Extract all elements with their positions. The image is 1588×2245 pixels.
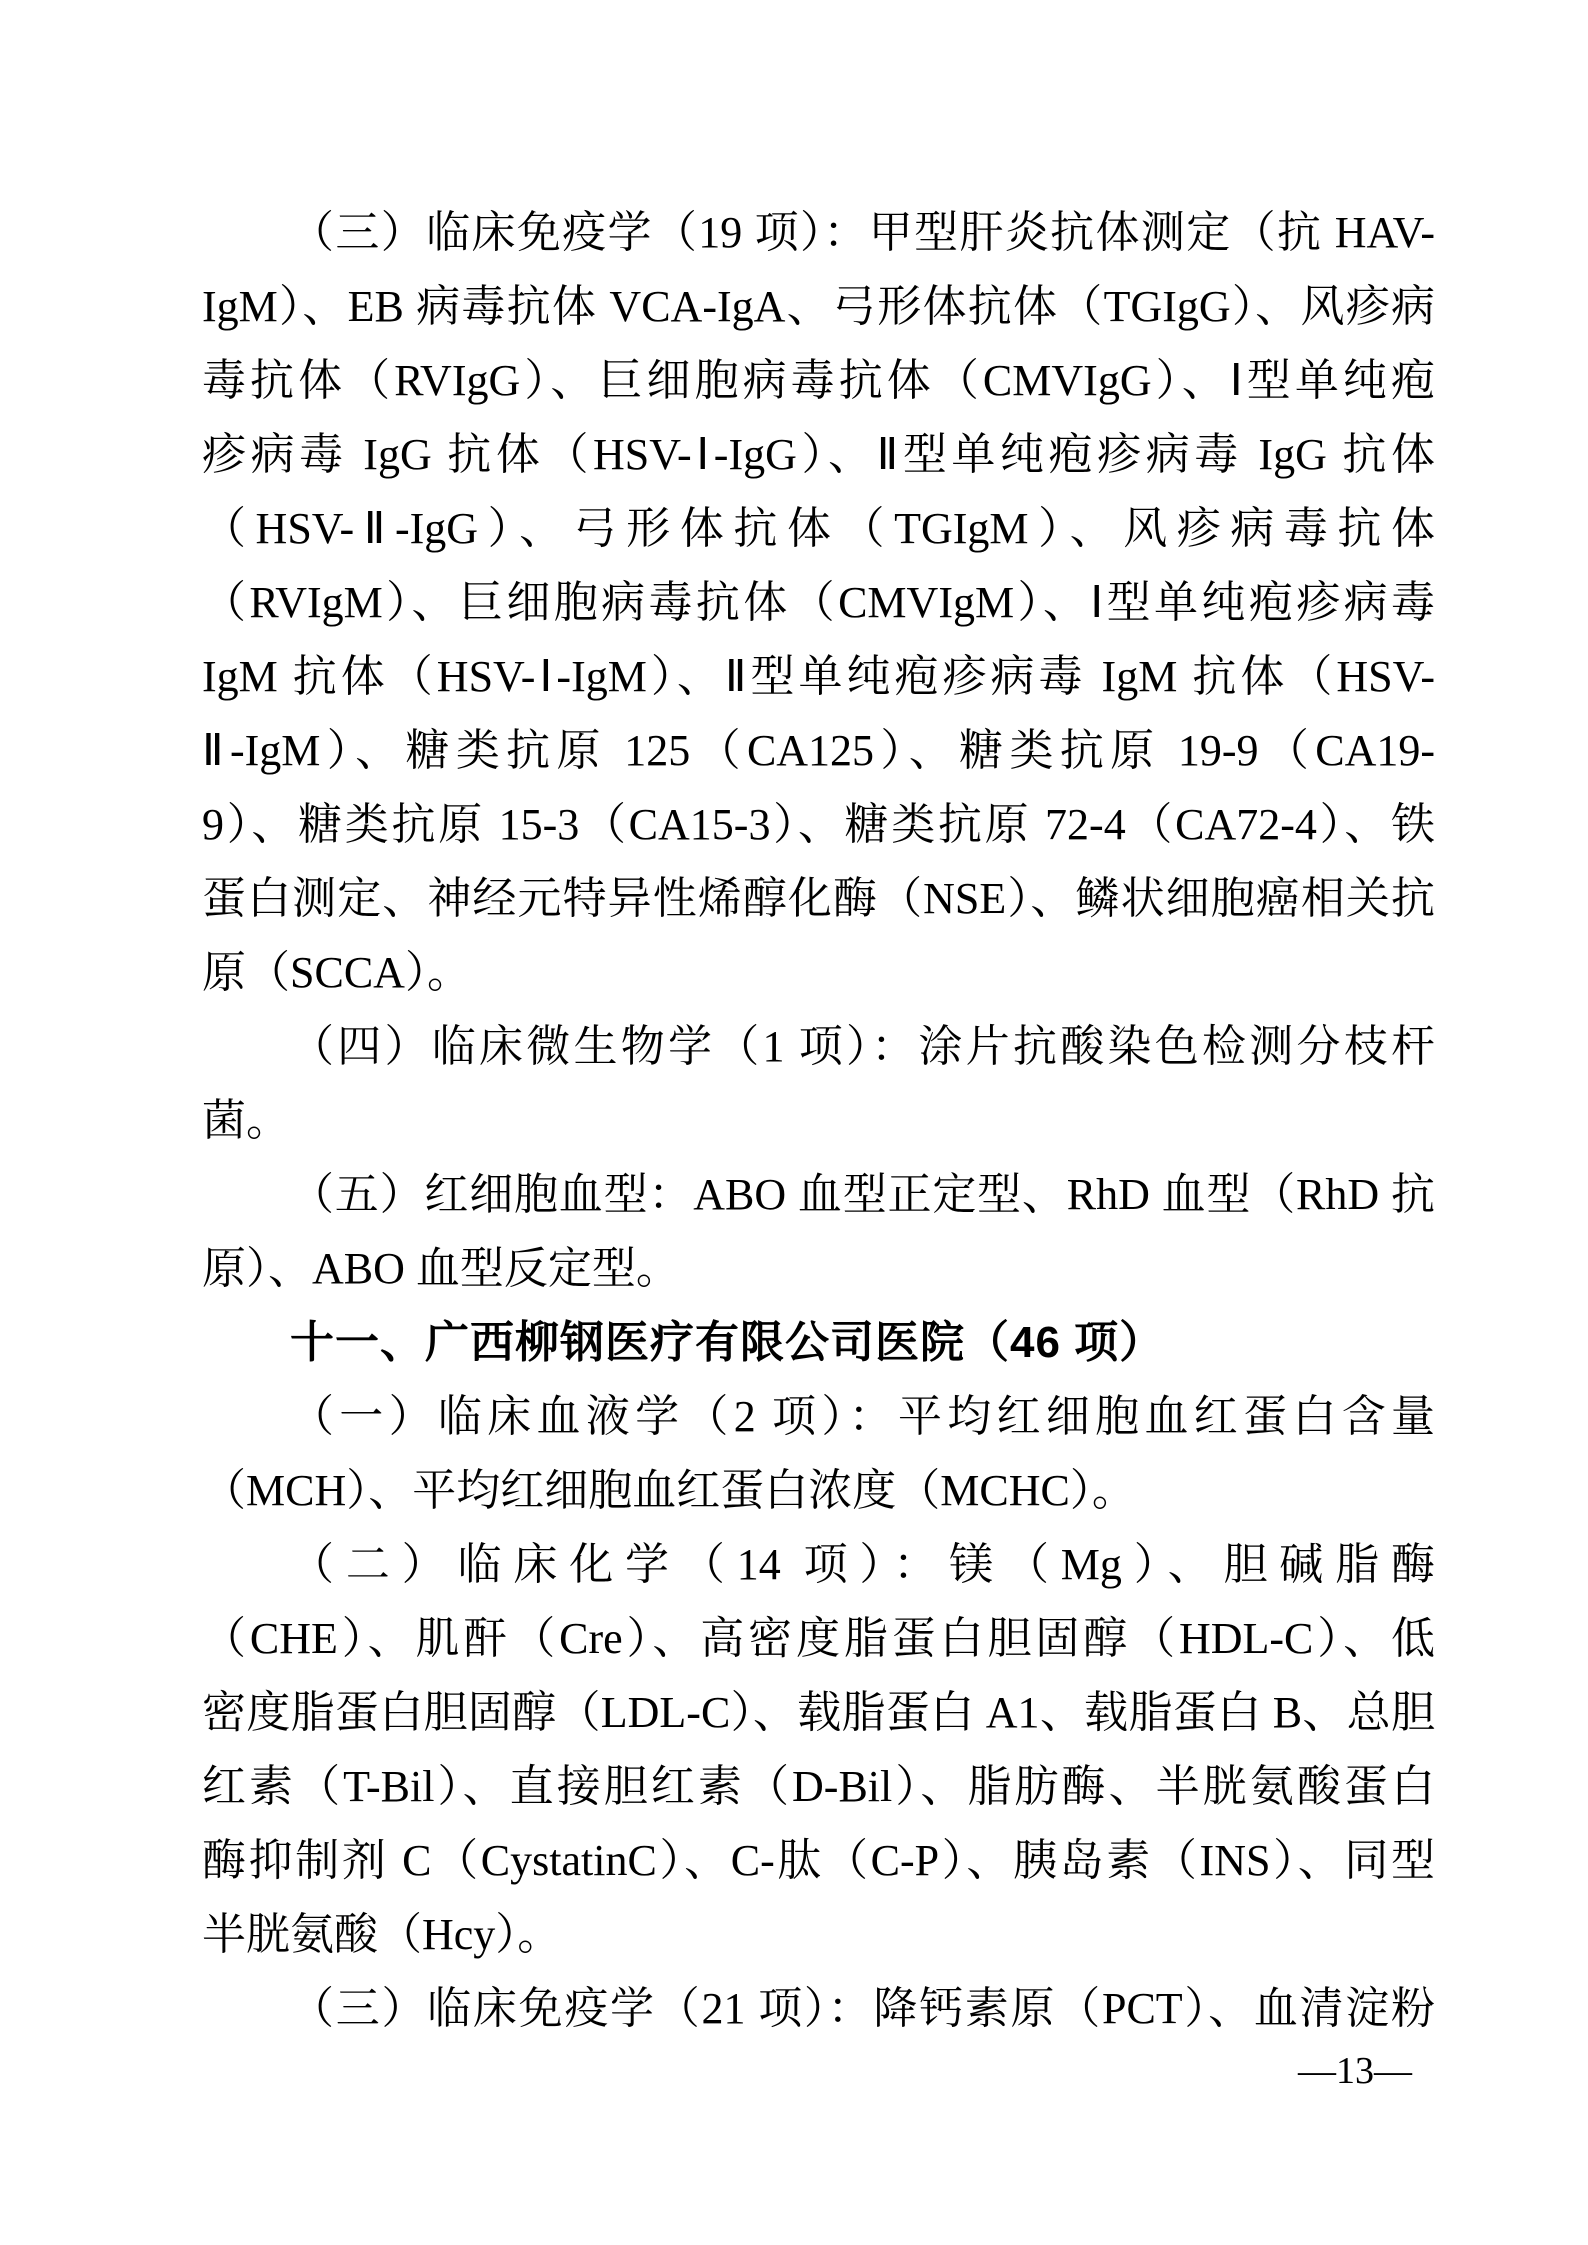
text-line: （三）临床免疫学（21 项）：降钙素原（PCT）、血清淀粉 [202, 1972, 1435, 2046]
text-line: Ⅱ-IgM）、糖类抗原 125（CA125）、糖类抗原 19-9（CA19- [202, 714, 1435, 788]
text-line: 菌。 [202, 1084, 1435, 1158]
text-line: （HSV-Ⅱ-IgG）、弓形体抗体（TGIgM）、风疹病毒抗体 [202, 492, 1435, 566]
text-line: （四）临床微生物学（1 项）：涂片抗酸染色检测分枝杆 [202, 1010, 1435, 1084]
text-line: IgM）、EB 病毒抗体 VCA-IgA、弓形体抗体（TGIgG）、风疹病 [202, 270, 1435, 344]
text-line: 红素（T-Bil）、直接胆红素（D-Bil）、脂肪酶、半胱氨酸蛋白 [202, 1750, 1435, 1824]
text-line: （一）临床血液学（2 项）：平均红细胞血红蛋白含量 [202, 1380, 1435, 1454]
text-line: （五）红细胞血型：ABO 血型正定型、RhD 血型（RhD 抗 [202, 1158, 1435, 1232]
text-line: 酶抑制剂 C（CystatinC）、C-肽（C-P）、胰岛素（INS）、同型 [202, 1824, 1435, 1898]
text-line: （CHE）、肌酐（Cre）、高密度脂蛋白胆固醇（HDL-C）、低 [202, 1602, 1435, 1676]
text-line: 毒抗体（RVIgG）、巨细胞病毒抗体（CMVIgG）、Ⅰ型单纯疱 [202, 344, 1435, 418]
text-line: （二）临床化学（14 项）：镁（Mg）、胆碱脂酶 [202, 1528, 1435, 1602]
text-line: （三）临床免疫学（19 项）：甲型肝炎抗体测定（抗 HAV- [202, 196, 1435, 270]
text-line: 原）、ABO 血型反定型。 [202, 1232, 1435, 1306]
document-body: （三）临床免疫学（19 项）：甲型肝炎抗体测定（抗 HAV- IgM）、EB 病… [202, 196, 1435, 2046]
section-heading: 十一、广西柳钢医疗有限公司医院（46 项） [202, 1306, 1435, 1380]
text-line: （MCH）、平均红细胞血红蛋白浓度（MCHC）。 [202, 1454, 1435, 1528]
text-line: 疹病毒 IgG 抗体（HSV-Ⅰ-IgG）、Ⅱ型单纯疱疹病毒 IgG 抗体 [202, 418, 1435, 492]
text-line: 半胱氨酸（Hcy）。 [202, 1898, 1435, 1972]
text-line: 原（SCCA）。 [202, 936, 1435, 1010]
text-line: IgM 抗体（HSV-Ⅰ-IgM）、Ⅱ型单纯疱疹病毒 IgM 抗体（HSV- [202, 640, 1435, 714]
text-line: 9）、糖类抗原 15-3（CA15-3）、糖类抗原 72-4（CA72-4）、铁 [202, 788, 1435, 862]
document-page: （三）临床免疫学（19 项）：甲型肝炎抗体测定（抗 HAV- IgM）、EB 病… [0, 0, 1588, 2245]
text-line: 密度脂蛋白胆固醇（LDL-C）、载脂蛋白 A1、载脂蛋白 B、总胆 [202, 1676, 1435, 1750]
text-line: （RVIgM）、巨细胞病毒抗体（CMVIgM）、Ⅰ型单纯疱疹病毒 [202, 566, 1435, 640]
page-number: —13— [1298, 2048, 1412, 2094]
text-line: 蛋白测定、神经元特异性烯醇化酶（NSE）、鳞状细胞癌相关抗 [202, 862, 1435, 936]
